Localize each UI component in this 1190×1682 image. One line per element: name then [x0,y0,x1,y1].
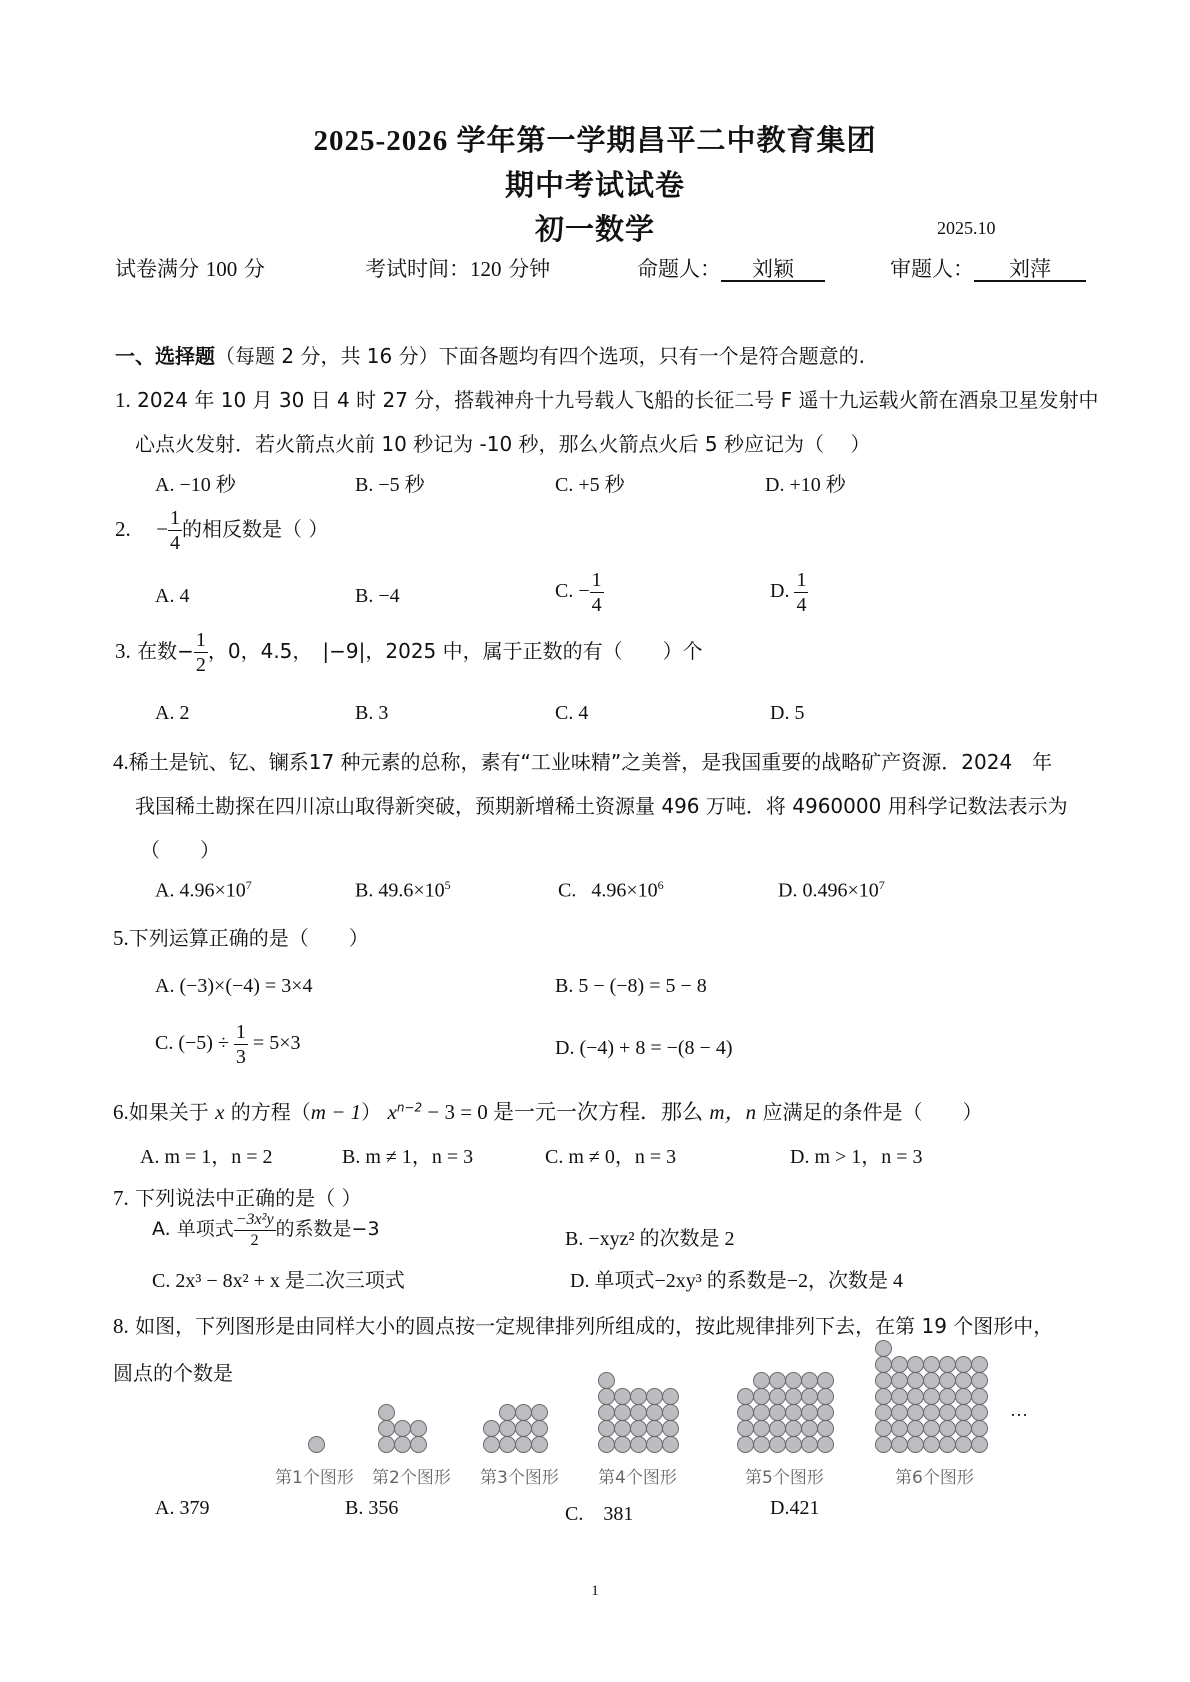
dot-icon [737,1404,754,1421]
dot-icon [971,1420,988,1437]
exam-reviewer: 审题人：刘萍 [890,253,1086,283]
q3-option-a: A. 2 [155,702,189,725]
dot-icon [630,1388,647,1405]
dot-icon [646,1436,663,1453]
q5-option-a: A. (−3)×(−4) = 3×4 [155,975,312,998]
figure-2-label: 第2个图形 [372,1463,451,1488]
dot-icon [785,1436,802,1453]
dot-icon [662,1388,679,1405]
dot-icon [737,1388,754,1405]
dot-icon [817,1420,834,1437]
dot-icon [646,1388,663,1405]
dot-icon [971,1356,988,1373]
q8-option-c: C. 381 [565,1497,633,1526]
dot-icon [955,1404,972,1421]
dot-icon [891,1372,908,1389]
dot-icon [614,1388,631,1405]
dot-icon [875,1340,892,1357]
dot-icon [939,1420,956,1437]
dot-icon [598,1404,615,1421]
question-8-line1: 8. 如图，下列图形是由同样大小的圆点按一定规律排列所组成的，按此规律排列下去，… [113,1310,1053,1339]
q7-option-c: C. 2x³ − 8x² + x 是二次三项式 [152,1264,405,1293]
dot-icon [891,1356,908,1373]
dot-icon [515,1404,532,1421]
dot-icon [378,1436,395,1453]
dot-icon [907,1436,924,1453]
dot-icon [515,1420,532,1437]
dot-icon [785,1372,802,1389]
dot-icon [907,1404,924,1421]
dot-icon [662,1436,679,1453]
dot-icon [753,1404,770,1421]
q2-option-d: D. 14 [770,570,808,615]
q4-option-c: C. 4.96×106 [558,878,664,903]
dot-icon [378,1420,395,1437]
dot-icon [646,1404,663,1421]
dot-icon [923,1356,940,1373]
q5-option-b: B. 5 − (−8) = 5 − 8 [555,975,707,998]
dot-icon [801,1436,818,1453]
dot-icon [662,1420,679,1437]
dot-icon [515,1436,532,1453]
q6-option-b: B. m ≠ 1，n = 3 [342,1140,473,1169]
dot-icon [410,1420,427,1437]
q2-option-b: B. −4 [355,585,400,608]
dot-icon [875,1404,892,1421]
figure-4-label: 第4个图形 [598,1463,677,1488]
question-7: 7. 下列说法中正确的是（ ） [113,1182,361,1211]
figure-5-label: 第5个图形 [745,1463,824,1488]
q5-option-d: D. (−4) + 8 = −(8 − 4) [555,1037,732,1060]
page-number: 1 [0,1583,1190,1600]
q8-option-a: A. 379 [155,1497,209,1520]
q7-option-b: B. −xyz² 的次数是 2 [565,1222,735,1251]
q4-option-b: B. 49.6×105 [355,878,451,903]
dot-icon [378,1404,395,1421]
dot-icon [308,1436,325,1453]
q1-option-b: B. −5 秒 [355,468,425,497]
exam-date: 2025.10 [937,218,996,239]
exam-subject-title: 初一数学 [0,207,1190,248]
q4-option-d: D. 0.496×107 [778,878,885,903]
dot-icon [630,1420,647,1437]
dot-icon [753,1420,770,1437]
dot-icon [923,1388,940,1405]
dot-icon [737,1436,754,1453]
dot-icon [955,1372,972,1389]
exam-duration: 考试时间：120 分钟 [365,253,550,283]
dot-icon [598,1372,615,1389]
dot-icon [923,1436,940,1453]
figure-1-label: 第1个图形 [275,1463,354,1488]
dot-icon [801,1404,818,1421]
dot-icon [971,1404,988,1421]
exam-title-line2: 期中考试试卷 [0,163,1190,204]
dot-icon [662,1404,679,1421]
dot-icon [817,1436,834,1453]
figure-ellipsis: … [1010,1400,1028,1421]
q1-option-c: C. +5 秒 [555,468,625,497]
dot-icon [939,1388,956,1405]
q1-option-a: A. −10 秒 [155,468,236,497]
dot-icon [753,1388,770,1405]
dot-icon [891,1436,908,1453]
dot-icon [769,1388,786,1405]
question-5: 5.下列运算正确的是（ ） [113,922,369,951]
dot-icon [817,1372,834,1389]
dot-icon [955,1420,972,1437]
question-2: 2. −14的相反数是（ ） [115,508,328,553]
full-score: 试卷满分 100 分 [115,253,265,283]
dot-icon [907,1356,924,1373]
question-6: 6.如果关于 x 的方程（m − 1） xn−2 − 3 = 0 是一元一次方程… [113,1096,982,1126]
exam-title-line1: 2025-2026 学年第一学期昌平二中教育集团 [0,118,1190,159]
dot-icon [907,1420,924,1437]
dot-icon [955,1388,972,1405]
question-4-line3: （ ） [140,834,220,863]
dot-icon [753,1436,770,1453]
dot-icon [801,1420,818,1437]
dot-icon [646,1420,663,1437]
q4-option-a: A. 4.96×107 [155,878,252,903]
dot-icon [955,1356,972,1373]
question-4-line1: 4.稀土是钪、钇、镧系17 种元素的总称，素有“工业味精”之美誉，是我国重要的战… [113,746,1052,775]
dot-icon [939,1436,956,1453]
dot-icon [971,1372,988,1389]
dot-icon [875,1372,892,1389]
dot-icon [598,1388,615,1405]
dot-icon [630,1404,647,1421]
question-4-line2: 我国稀土勘探在四川凉山取得新突破，预期新增稀土资源量 496 万吨．将 4960… [135,790,1068,819]
dot-icon [817,1388,834,1405]
dot-icon [531,1404,548,1421]
dot-icon [394,1436,411,1453]
dot-icon [971,1436,988,1453]
dot-icon [923,1372,940,1389]
dot-icon [499,1420,516,1437]
figure-3-label: 第3个图形 [480,1463,559,1488]
q3-option-d: D. 5 [770,702,804,725]
q2-option-c: C. −14 [555,570,604,615]
dot-icon [875,1436,892,1453]
dot-icon [614,1436,631,1453]
dot-icon [971,1388,988,1405]
dot-icon [769,1436,786,1453]
question-1-line1: 1. 2024 年 10 月 30 日 4 时 27 分，搭载神舟十九号载人飞船… [115,384,1099,413]
q7-option-a: A. 单项式−3x²y2的系数是−3 [152,1212,380,1249]
dot-icon [801,1372,818,1389]
dot-icon [394,1420,411,1437]
figure-6-label: 第6个图形 [895,1463,974,1488]
dot-icon [531,1420,548,1437]
q8-option-d: D.421 [770,1497,819,1520]
dot-icon [875,1420,892,1437]
q3-option-b: B. 3 [355,702,388,725]
dot-icon [499,1436,516,1453]
dot-icon [939,1356,956,1373]
q6-option-d: D. m > 1，n = 3 [790,1140,923,1169]
dot-icon [737,1420,754,1437]
dot-icon [785,1420,802,1437]
dot-icon [785,1388,802,1405]
dot-icon [598,1436,615,1453]
q7-option-d: D. 单项式−2xy³ 的系数是−2，次数是 4 [570,1264,903,1293]
section-heading: 一、选择题（每题 2 分，共 16 分）下面各题均有四个选项，只有一个是符合题意… [115,340,865,369]
q6-option-a: A. m = 1，n = 2 [140,1140,273,1169]
dot-icon [907,1372,924,1389]
dot-icon [614,1420,631,1437]
q3-option-c: C. 4 [555,702,588,725]
dot-icon [817,1404,834,1421]
dot-icon [891,1388,908,1405]
dot-icon [614,1404,631,1421]
dot-icon [769,1404,786,1421]
q6-option-c: C. m ≠ 0，n = 3 [545,1140,676,1169]
dot-icon [769,1372,786,1389]
exam-author: 命题人：刘颖 [637,253,825,283]
dot-icon [630,1436,647,1453]
dot-icon [410,1436,427,1453]
dot-icon [801,1388,818,1405]
q2-option-a: A. 4 [155,585,189,608]
dot-icon [907,1388,924,1405]
dot-icon [955,1436,972,1453]
q1-option-d: D. +10 秒 [765,468,846,497]
q8-option-b: B. 356 [345,1497,398,1520]
dot-icon [875,1356,892,1373]
question-1-line2: 心点火发射．若火箭点火前 10 秒记为 -10 秒，那么火箭点火后 5 秒应记为… [135,428,870,457]
dot-icon [923,1404,940,1421]
dot-icon [939,1404,956,1421]
dot-icon [769,1420,786,1437]
dot-icon [891,1404,908,1421]
dot-icon [531,1436,548,1453]
dot-icon [785,1404,802,1421]
dot-icon [499,1404,516,1421]
dot-icon [753,1372,770,1389]
dot-icon [875,1388,892,1405]
dot-icon [923,1420,940,1437]
dot-icon [891,1420,908,1437]
dot-icon [483,1420,500,1437]
q5-option-c: C. (−5) ÷ 13 = 5×3 [155,1022,300,1067]
dot-icon [598,1420,615,1437]
question-3: 3. 在数−12，0，4.5， |−9|，2025 中，属于正数的有（ ）个 [115,630,703,675]
dot-icon [939,1372,956,1389]
dot-icon [483,1436,500,1453]
question-8-line2: 圆点的个数是 [113,1357,233,1386]
